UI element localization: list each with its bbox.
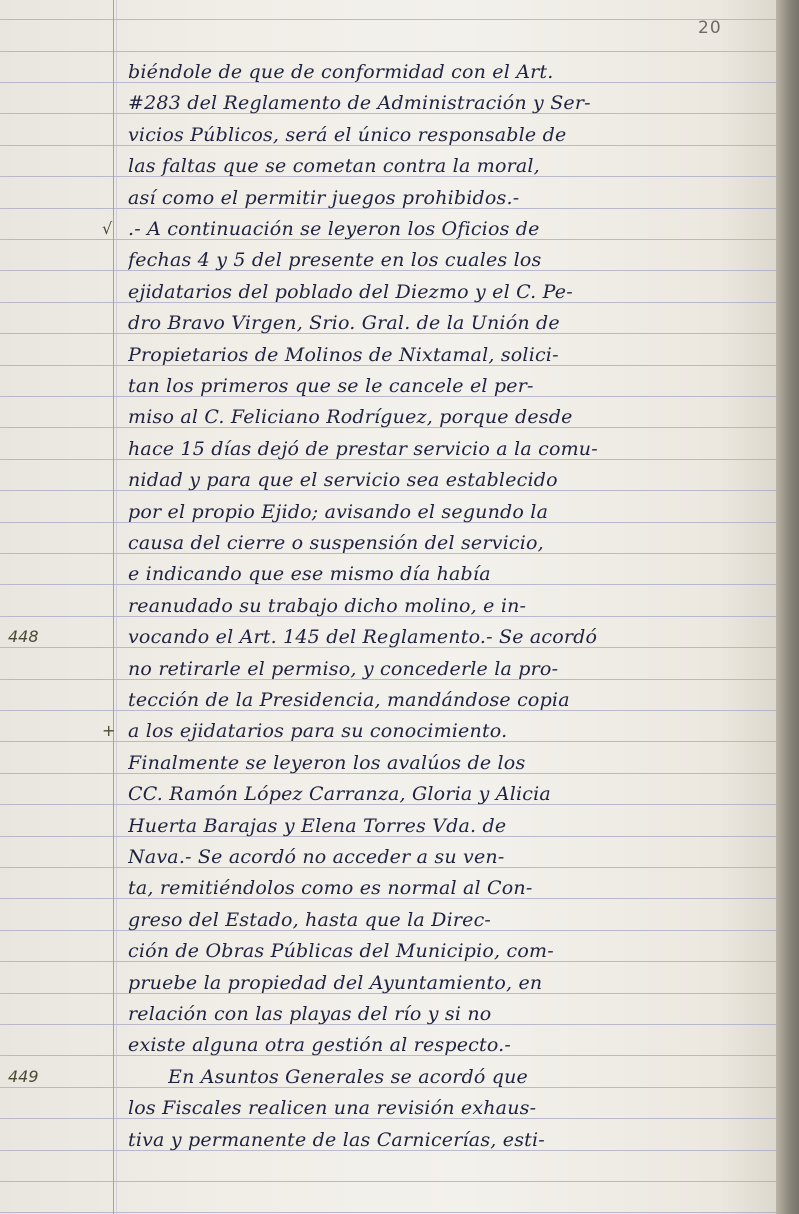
text-line: vicios Públicos, será el único responsab…	[128, 123, 768, 147]
text-line: tan los primeros que se le cancele el pe…	[128, 374, 768, 398]
text-line: los Fiscales realicen una revisión exhau…	[128, 1096, 768, 1120]
text-line: así como el permitir juegos prohibidos.-	[128, 186, 768, 210]
ledger-page: 20 biéndole de que de conformidad con el…	[0, 0, 780, 1214]
text-line: e indicando que ese mismo día había	[128, 562, 768, 586]
checkmark-icon: √	[102, 219, 112, 238]
text-line: no retirarle el permiso, y concederle la…	[128, 657, 768, 681]
text-line: existe alguna otra gestión al respecto.-	[128, 1033, 768, 1057]
page-edge-shadow	[776, 0, 799, 1214]
entry-number: 448	[8, 627, 39, 646]
text-line: fechas 4 y 5 del presente en los cuales …	[128, 248, 768, 272]
text-line: biéndole de que de conformidad con el Ar…	[128, 60, 768, 84]
text-line: ta, remitiéndolos como es normal al Con-	[128, 876, 768, 900]
text-line: miso al C. Feliciano Rodríguez, porque d…	[128, 405, 768, 429]
text-line: pruebe la propiedad del Ayuntamiento, en	[128, 971, 768, 995]
cross-mark-icon: +	[102, 721, 115, 740]
text-line: Nava.- Se acordó no acceder a su ven-	[128, 845, 768, 869]
text-line: .- A continuación se leyeron los Oficios…	[128, 217, 768, 241]
text-line: tiva y permanente de las Carnicerías, es…	[128, 1128, 768, 1152]
page-number: 20	[698, 18, 722, 38]
text-line: nidad y para que el servicio sea estable…	[128, 468, 768, 492]
blue-margin-line	[116, 0, 117, 1214]
text-line: hace 15 días dejó de prestar servicio a …	[128, 437, 768, 461]
ruled-line	[0, 19, 780, 20]
text-line: ción de Obras Públicas del Municipio, co…	[128, 939, 768, 963]
text-line: por el propio Ejido; avisando el segundo…	[128, 500, 768, 524]
text-line: Propietarios de Molinos de Nixtamal, sol…	[128, 343, 768, 367]
text-line: relación con las playas del río y si no	[128, 1002, 768, 1026]
text-line: vocando el Art. 145 del Reglamento.- Se …	[128, 625, 768, 649]
text-line: Finalmente se leyeron los avalúos de los	[128, 751, 768, 775]
text-line: ejidatarios del poblado del Diezmo y el …	[128, 280, 768, 304]
ruled-line	[0, 1181, 780, 1182]
text-line: tección de la Presidencia, mandándose co…	[128, 688, 768, 712]
ruled-line	[0, 1212, 780, 1213]
text-line: greso del Estado, hasta que la Direc-	[128, 908, 768, 932]
text-line: #283 del Reglamento de Administración y …	[128, 91, 768, 115]
text-line: a los ejidatarios para su conocimiento.	[128, 719, 768, 743]
text-line: causa del cierre o suspensión del servic…	[128, 531, 768, 555]
text-line: En Asuntos Generales se acordó que	[168, 1065, 768, 1089]
text-line: CC. Ramón López Carranza, Gloria y Alici…	[128, 782, 768, 806]
entry-number: 449	[8, 1067, 39, 1086]
text-line: reanudado su trabajo dicho molino, e in-	[128, 594, 768, 618]
ruled-line	[0, 51, 780, 52]
red-margin-line	[113, 0, 114, 1214]
text-line: las faltas que se cometan contra la mora…	[128, 154, 768, 178]
text-line: dro Bravo Virgen, Srio. Gral. de la Unió…	[128, 311, 768, 335]
text-line: Huerta Barajas y Elena Torres Vda. de	[128, 814, 768, 838]
